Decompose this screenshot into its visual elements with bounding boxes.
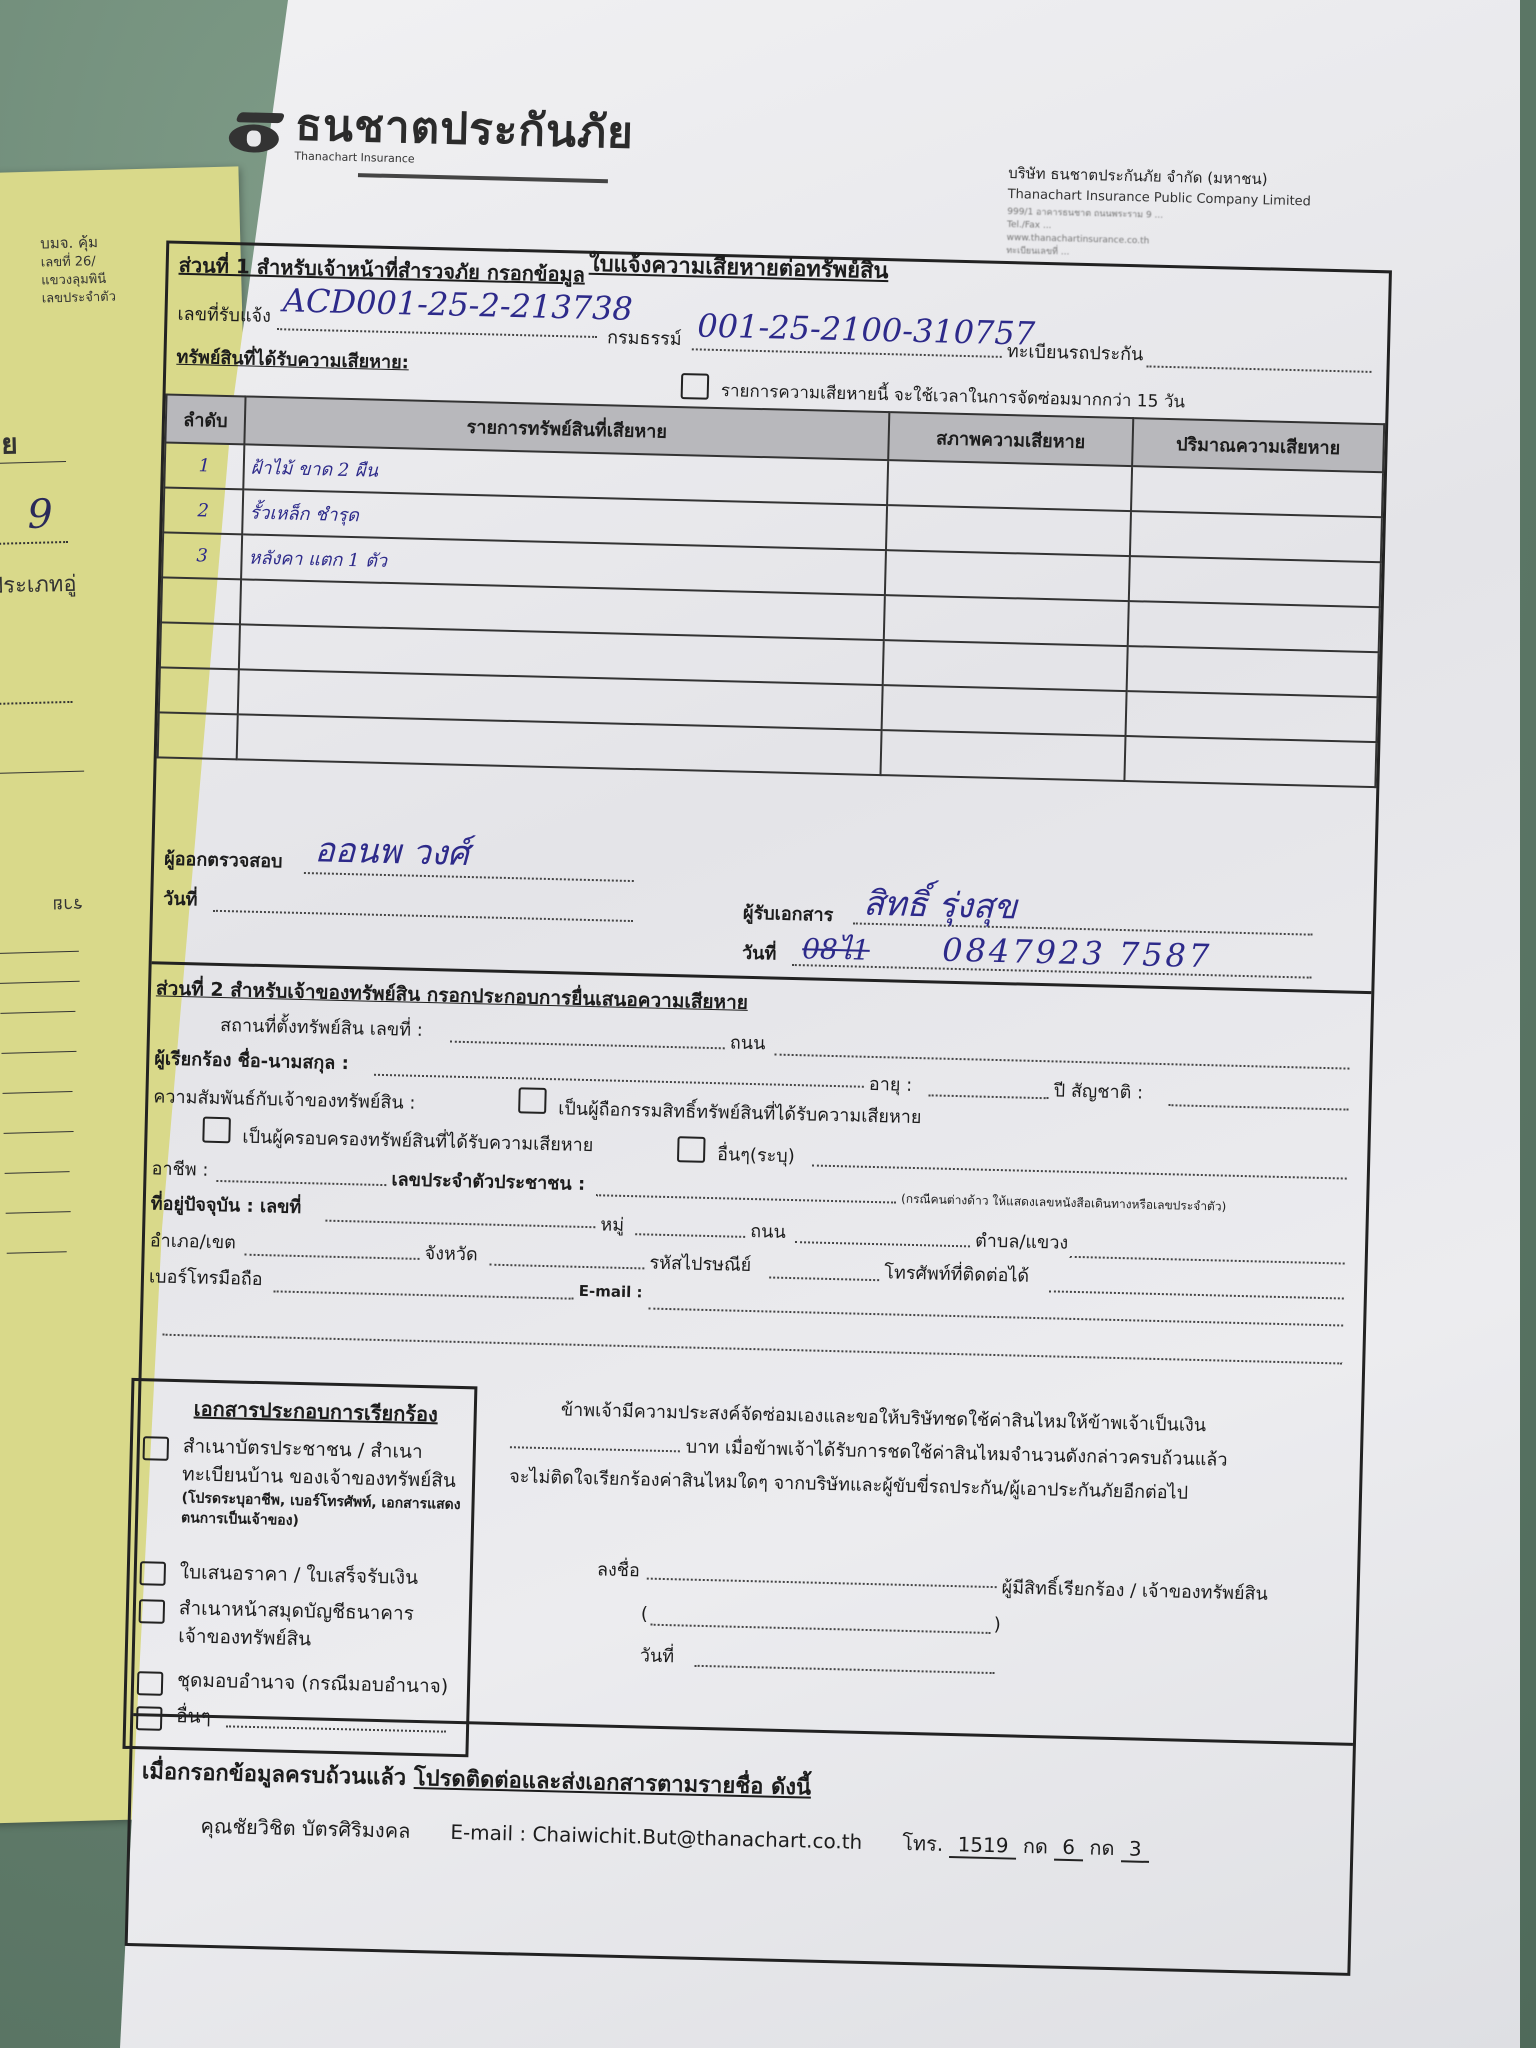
contact-phone[interactable]: 1519 <box>949 1832 1017 1860</box>
insured-plate-label: ทะเบียนรถประกัน <box>1007 336 1144 368</box>
printed-name-field[interactable] <box>651 1624 991 1634</box>
relation-owner-label: เป็นผู้ถือกรรมสิทธิ์ทรัพย์สินที่ได้รับคว… <box>558 1093 922 1131</box>
address-number-field[interactable] <box>325 1220 595 1229</box>
contact-phone-label: โทรศัพท์ที่ติดต่อได้ <box>884 1257 1030 1290</box>
relation-possessor-label: เป็นผู้ครอบครองทรัพย์สินที่ได้รับความเสี… <box>242 1122 594 1160</box>
subdistrict-label: ตำบล/แขวง <box>975 1226 1069 1257</box>
receiver-date-label: วันที่ <box>742 938 777 968</box>
signature-label: ลงชื่อ <box>597 1554 641 1584</box>
footer-instruction: เมื่อกรอกข้อมูลครบถ้วนแล้ว โปรดติดต่อและ… <box>142 1753 812 1804</box>
claimant-name-field[interactable] <box>374 1074 864 1088</box>
relation-other-checkbox[interactable] <box>677 1136 706 1163</box>
contact-phone-field[interactable] <box>1049 1290 1344 1299</box>
form-border: ใบแจ้งความเสียหายต่อทรัพย์สิน ส่วนที่ 1 … <box>125 240 1392 1975</box>
yellow-handwriting: 9 <box>27 491 54 538</box>
company-address: 999/1 อาคารธนชาต ถนนพระราม 9 ... Tel./Fa… <box>1006 206 1387 267</box>
required-documents-box: เอกสารประกอบการเรียกร้อง สำเนาบัตรประชาช… <box>122 1378 477 1757</box>
district-field[interactable] <box>245 1254 420 1260</box>
policy-label: กรมธรรม์ <box>607 322 682 353</box>
age-field[interactable] <box>929 1094 1049 1099</box>
header-quantity: ปริมาณความเสียหาย <box>1132 418 1384 472</box>
receiver-label: ผู้รับเอกสาร <box>743 898 834 929</box>
logo-underline <box>358 173 608 183</box>
insured-plate-field[interactable] <box>1147 365 1372 372</box>
doc-id-copy-label: สำเนาบัตรประชาชน / สำเนาทะเบียนบ้าน ของเ… <box>181 1432 463 1535</box>
mobile-field[interactable] <box>274 1290 574 1299</box>
property-damage-form: ธนชาตประกันภัย Thanachart Insurance บริษ… <box>104 90 1410 2020</box>
relation-other-label: อื่นๆ(ระบุ) <box>717 1139 795 1170</box>
doc-poa-checkbox[interactable] <box>137 1671 164 1696</box>
doc-bankbook-checkbox[interactable] <box>139 1599 166 1624</box>
age-label: อายุ : <box>869 1069 913 1099</box>
email-field[interactable] <box>648 1308 1343 1327</box>
receiver-phone: 0847923 7587 <box>942 931 1213 976</box>
yellow-fragment: าย <box>0 422 18 467</box>
doc-other-field[interactable] <box>226 1725 446 1732</box>
occupation-label: อาชีพ : <box>151 1153 208 1183</box>
yellow-fragment: ประเภทอู่ <box>0 566 77 603</box>
nationality-field[interactable] <box>1168 1104 1348 1110</box>
inspector-date-field[interactable] <box>213 910 633 922</box>
email-label: E-mail : <box>579 1282 643 1302</box>
header-condition: สภาพความเสียหาย <box>888 412 1133 466</box>
claimant-label: ผู้เรียกร้อง ชื่อ-นามสกุล : <box>154 1043 349 1077</box>
header-index: ลำดับ <box>165 394 245 444</box>
street-field[interactable] <box>795 1241 970 1247</box>
contact-email-label: E-mail : <box>450 1820 526 1846</box>
company-logo: ธนชาตประกันภัย Thanachart Insurance <box>228 102 634 171</box>
inspector-signature: ออนพ วงศ์ <box>314 822 470 880</box>
doc-bankbook-label: สำเนาหน้าสมุดบัญชีธนาคาร เจ้าของทรัพย์สิ… <box>178 1594 449 1657</box>
thanachart-logo-icon <box>229 111 286 152</box>
street-label: ถนน <box>750 1216 786 1246</box>
documents-title: เอกสารประกอบการเรียกร้อง <box>193 1392 438 1430</box>
email-field-line2[interactable] <box>163 1334 1343 1365</box>
relation-label: ความสัมพันธ์กับเจ้าของทรัพย์สิน : <box>153 1081 416 1116</box>
repair-over-15-days-checkbox[interactable] <box>681 373 710 400</box>
relation-owner-checkbox[interactable] <box>518 1087 547 1114</box>
contact-ext2: 3 <box>1121 1836 1150 1863</box>
doc-poa-label: ชุดมอบอำนาจ (กรณีมอบอำนาจ) <box>177 1666 449 1701</box>
policy-value: 001-25-2100-310757 <box>697 306 1036 352</box>
doc-other-checkbox[interactable] <box>136 1706 163 1731</box>
sign-date-field[interactable] <box>695 1665 995 1674</box>
contact-phone-label: โทร. <box>902 1831 944 1856</box>
logo-text-thai: ธนชาตประกันภัย <box>295 104 635 156</box>
sign-date-label: วันที่ <box>640 1640 675 1670</box>
relation-other-field[interactable] <box>812 1164 1347 1179</box>
doc-id-copy-checkbox[interactable] <box>143 1436 170 1461</box>
claim-number-value: ACD001-25-2-213738 <box>282 281 633 328</box>
nationality-label: ปี สัญชาติ : <box>1053 1075 1143 1106</box>
road-label: ถนน <box>730 1027 766 1057</box>
occupation-field[interactable] <box>216 1180 386 1186</box>
contact-email[interactable]: Chaiwichit.But@thanachart.co.th <box>532 1822 862 1854</box>
location-label: สถานที่ตั้งทรัพย์สิน เลขที่ : <box>220 1010 423 1044</box>
relation-possessor-checkbox[interactable] <box>202 1117 231 1144</box>
inspector-label: ผู้ออกตรวจสอบ <box>164 844 283 876</box>
receiver-date-struck: 08ไ1 <box>802 927 871 973</box>
national-id-field[interactable] <box>596 1194 896 1203</box>
damaged-items-table: ลำดับ รายการทรัพย์สินที่เสียหาย สภาพความ… <box>157 393 1386 788</box>
yellow-header-line: เลขประจำตัว <box>41 286 116 309</box>
doc-quotation-checkbox[interactable] <box>139 1561 166 1586</box>
mobile-label: เบอร์โทรมือถือ <box>149 1261 263 1293</box>
subdistrict-field[interactable] <box>1070 1256 1345 1265</box>
postcode-field[interactable] <box>769 1276 879 1281</box>
contact-ext1: 6 <box>1054 1835 1083 1862</box>
receiver-name: สิทธิ์ รุ่งสุข <box>863 876 1018 934</box>
claim-statement: ข้าพเจ้ามีความประสงค์จัดซ่อมเองและขอให้บ… <box>509 1392 1341 1514</box>
contact-info: คุณชัยวิชิต บัตรศิริมงคล E-mail : Chaiwi… <box>200 1810 1150 1865</box>
damaged-property-label: ทรัพย์สินที่ได้รับความเสียหาย: <box>176 342 409 377</box>
moo-field[interactable] <box>635 1233 745 1238</box>
postcode-label: รหัสไปรษณีย์ <box>649 1248 751 1279</box>
signature-field[interactable] <box>647 1578 997 1589</box>
national-id-note: (กรณีคนต่างด้าว ให้แสดงเลขหนังสือเดินทาง… <box>901 1190 1227 1217</box>
moo-label: หมู่ <box>600 1209 624 1239</box>
form-title: ใบแจ้งความเสียหายต่อทรัพย์สิน <box>588 246 888 288</box>
road-field[interactable] <box>775 1054 1350 1070</box>
claim-number-label: เลขที่รับแจ้ง <box>177 299 271 330</box>
company-info: บริษัท ธนชาตประกันภัย จำกัด (มหาชน) Than… <box>1006 161 1388 267</box>
inspector-date-label: วันที่ <box>163 884 198 914</box>
claim-number-field[interactable] <box>277 328 597 338</box>
province-label: จังหวัด <box>424 1238 478 1268</box>
yellow-fragment: ราย <box>52 891 83 921</box>
province-field[interactable] <box>489 1264 644 1270</box>
claim-amount-field[interactable] <box>510 1446 680 1452</box>
address-label: ที่อยู่ปัจจุบัน : เลขที่ <box>150 1188 301 1221</box>
district-label: อำเภอ/เขต <box>150 1225 237 1256</box>
signature-role: ผู้มีสิทธิ์เรียกร้อง / เจ้าของทรัพย์สิน <box>1001 1572 1268 1607</box>
contact-name: คุณชัยวิชิต บัตรศิริมงคล <box>200 1810 411 1847</box>
doc-quotation-label: ใบเสนอราคา / ใบเสร็จรับเงิน <box>179 1558 418 1592</box>
national-id-label: เลขประจำตัวประชาชน : <box>391 1164 585 1198</box>
location-number-field[interactable] <box>450 1041 725 1050</box>
